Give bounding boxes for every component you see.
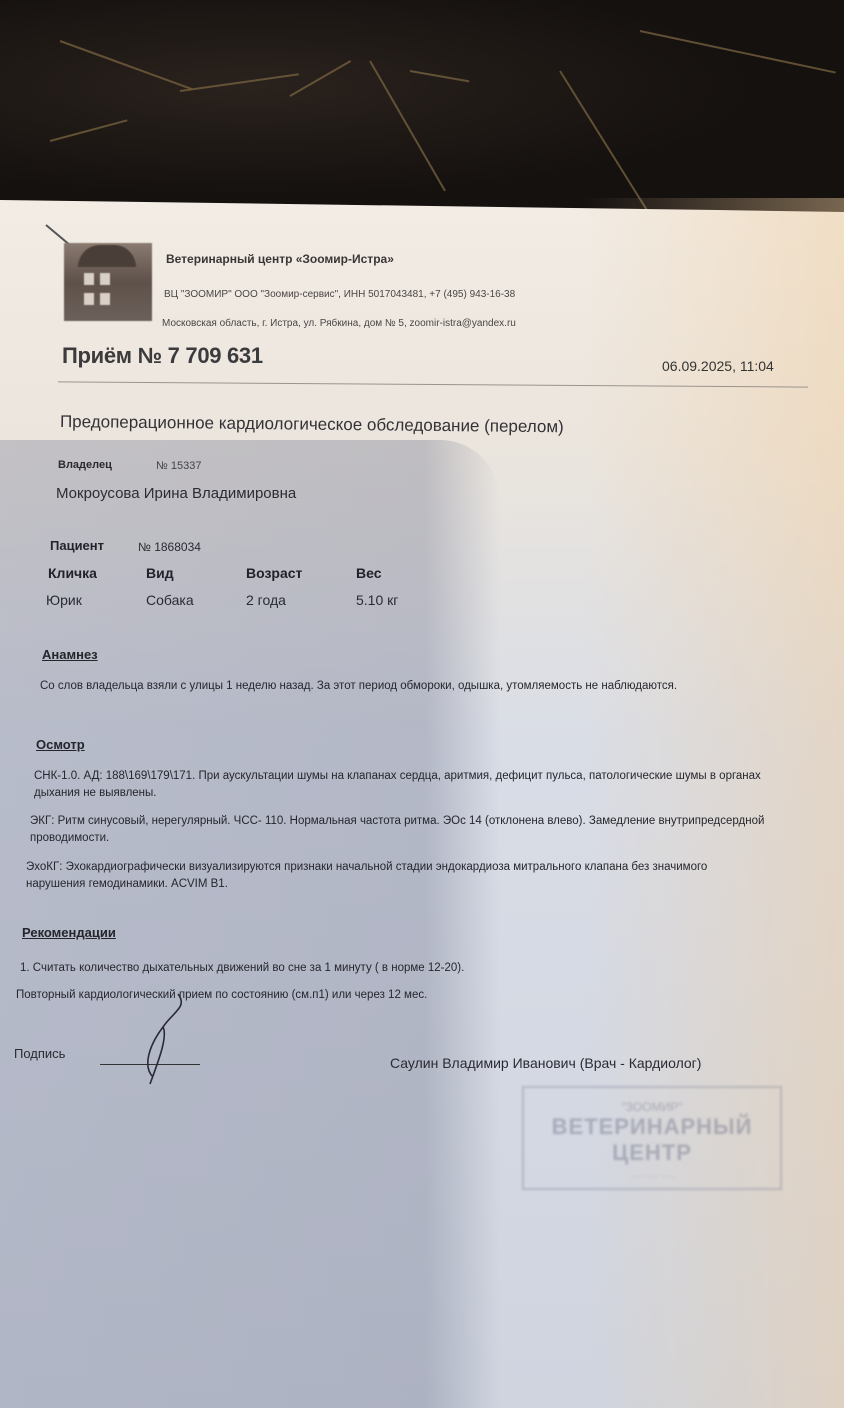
patient-species: Собака [146,592,194,608]
patient-label: Пациент [50,538,104,553]
patient-col-weight-header: Вес [356,565,382,581]
patient-age: 2 года [246,592,286,608]
building-photo-icon [64,243,152,321]
anamnesis-text: Со слов владельца взяли с улицы 1 неделю… [40,678,730,695]
patient-col-name-header: Кличка [48,565,97,581]
recommendation-item: Повторный кардиологический прием по сост… [16,987,427,1004]
clinic-name: Ветеринарный центр «Зоомир-Истра» [166,252,394,266]
patient-id: № 1868034 [138,540,201,554]
recommendations-heading: Рекомендации [22,925,116,940]
visit-datetime: 06.09.2025, 11:04 [662,358,774,374]
owner-name: Мокроусова Ирина Владимировна [56,485,296,502]
clinic-stamp: "ЗООМИР" ВЕТЕРИНАРНЫЙ ЦЕНТР ····· ····· … [522,1086,782,1190]
echo-paragraph: ЭхоКГ: Эхокардиографически визуализируют… [26,859,766,893]
exam-heading: Осмотр [36,737,85,752]
ecg-paragraph: ЭКГ: Ритм синусовый, нерегулярный. ЧСС- … [30,813,790,847]
patient-weight: 5.10 кг [356,592,398,608]
owner-id: № 15337 [156,460,201,472]
patient-col-species-header: Вид [146,565,174,581]
visit-title: Приём № 7 709 631 [62,343,263,369]
anamnesis-heading: Анамнез [42,647,98,662]
medical-record-document: Ветеринарный центр «Зоомир-Истра» ВЦ "ЗО… [0,0,844,1408]
handwritten-signature [118,992,208,1092]
signature-label: Подпись [14,1046,65,1061]
clinic-legal-info: ВЦ "ЗООМИР" ООО "Зоомир-сервис", ИНН 501… [164,289,515,300]
header-divider [58,381,808,387]
patient-name: Юрик [46,592,82,608]
exam-paragraph: СНК-1.0. АД: 188\169\179\171. При аускул… [34,768,774,802]
doctor-name: Саулин Владимир Иванович (Врач - Кардиол… [390,1055,701,1071]
patient-col-age-header: Возраст [246,565,302,581]
recommendation-item: 1. Считать количество дыхательных движен… [20,960,464,977]
clinic-address: Московская область, г. Истра, ул. Рябкин… [162,318,516,329]
visit-subject: Предоперационное кардиологическое обслед… [60,412,564,437]
owner-label: Владелец [58,459,112,471]
